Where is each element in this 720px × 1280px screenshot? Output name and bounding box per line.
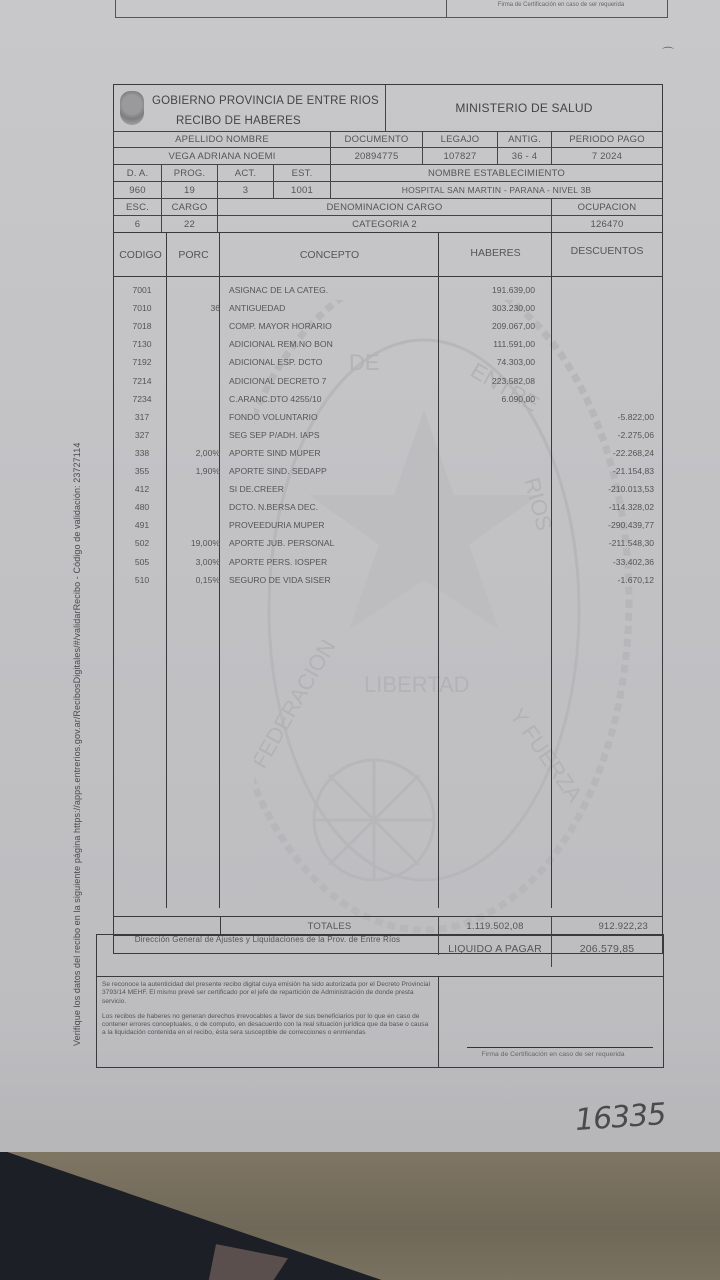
establishment-name: HOSPITAL SAN MARTIN - PARANA - NIVEL 3B (331, 182, 662, 198)
row-haberes: 191.639,00 (434, 285, 535, 295)
period-value: 7 2024 (552, 148, 662, 164)
row-code: 502 (114, 538, 170, 548)
legal-text: Se reconoce la autenticidad del presente… (97, 977, 439, 1067)
occupation-value: 126470 (552, 216, 662, 232)
table-row: 491PROVEEDURIA MUPER-290.439,77 (114, 516, 662, 534)
previous-page-footer-box: Firma de Certificación en caso de ser re… (115, 0, 668, 18)
row-code: 7001 (114, 285, 170, 295)
table-row: 3551,90%APORTE SIND. SEDAPP-21.154,83 (114, 462, 662, 480)
validation-side-note: Verifique los datos del recibo en la sig… (72, 443, 82, 1046)
position-value-row: 6 22 CATEGORIA 2 126470 (114, 216, 662, 233)
row-concept: ADICIONAL REM.NO BON (229, 339, 333, 349)
row-haberes: 303.230,00 (434, 303, 535, 313)
row-descuentos: -5.822,00 (554, 412, 654, 422)
row-descuentos: -210.013,53 (554, 484, 654, 494)
esc-label: ESC. (114, 199, 162, 215)
row-code: 327 (114, 430, 170, 440)
da-label: D. A. (114, 165, 162, 181)
signature-line (467, 1047, 653, 1048)
page-curl-mark: ⌒ (662, 44, 674, 61)
row-descuentos: -21.154,83 (554, 466, 654, 476)
row-code: 355 (114, 466, 170, 476)
row-code: 7234 (114, 394, 170, 404)
salary-receipt: DE ENTRE RIOS LIBERTAD FEDERACION Y FUER… (96, 84, 666, 1068)
row-haberes: 74.303,00 (434, 357, 535, 367)
denomination-value: CATEGORIA 2 (218, 216, 552, 232)
previous-page-remnant: Firma de Certificación en caso de ser re… (0, 0, 720, 60)
handwritten-number: 16335 (574, 1097, 667, 1138)
row-concept: ADICIONAL DECRETO 7 (229, 376, 326, 386)
antig-label: ANTIG. (498, 132, 552, 147)
row-concept: COMP. MAYOR HORARIO (229, 321, 332, 331)
row-concept: APORTE SIND MUPER (229, 448, 321, 458)
row-code: 491 (114, 520, 170, 530)
legajo-label: LEGAJO (423, 132, 498, 147)
antig-value: 36 - 4 (498, 148, 552, 164)
row-code: 7018 (114, 321, 170, 331)
signature-caption: Firma de Certificación en caso de ser re… (442, 1051, 664, 1058)
government-title: GOBIERNO PROVINCIA DE ENTRE RIOS (152, 95, 379, 107)
establishment-label: NOMBRE ESTABLECIMIENTO (331, 165, 662, 181)
column-header-descuentos: DESCUENTOS (552, 233, 662, 277)
employee-label-row: APELLIDO NOMBRE DOCUMENTO LEGAJO ANTIG. … (114, 132, 662, 148)
header-row: GOBIERNO PROVINCIA DE ENTRE RIOS RECIBO … (114, 85, 662, 132)
row-concept: PROVEEDURIA MUPER (229, 520, 325, 530)
prog-label: PROG. (162, 165, 218, 181)
legal-paragraph: Se reconoce la autenticidad del presente… (102, 981, 433, 1006)
row-haberes: 209.067,00 (434, 321, 535, 331)
cargo-value: 22 (162, 216, 218, 232)
issuer-box (96, 934, 664, 976)
act-value: 3 (218, 182, 274, 198)
row-code: 338 (114, 448, 170, 458)
row-descuentos: -114.328,02 (554, 502, 654, 512)
row-concept: ADICIONAL ESP. DCTO (229, 357, 322, 367)
row-concept: APORTE JUB. PERSONAL (229, 538, 334, 548)
name-label: APELLIDO NOMBRE (114, 132, 331, 147)
occupation-label: OCUPACION (552, 199, 662, 215)
table-row: 7192ADICIONAL ESP. DCTO74.303,00 (114, 353, 662, 371)
row-descuentos: -290.439,77 (554, 520, 654, 530)
row-percentage: 0,15% (168, 575, 220, 585)
row-haberes: 111.591,00 (434, 339, 535, 349)
est-label: EST. (274, 165, 331, 181)
row-descuentos: -211.548,30 (554, 538, 654, 548)
row-code: 480 (114, 502, 170, 512)
row-concept: FONDO VOLUNTARIO (229, 412, 318, 422)
column-header-haberes: HABERES (439, 233, 552, 277)
table-row: 5100,15%SEGURO DE VIDA SISER-1.670,12 (114, 571, 662, 589)
document-type: RECIBO DE HABERES (176, 115, 301, 127)
employee-name: VEGA ADRIANA NOEMI (114, 148, 331, 164)
row-descuentos: -1.670,12 (554, 575, 654, 585)
row-descuentos: -33.402,36 (554, 557, 654, 567)
row-code: 7010 (114, 303, 170, 313)
legajo-number: 107827 (423, 148, 498, 164)
table-row: 7001ASIGNAC DE LA CATEG.191.639,00 (114, 281, 662, 299)
row-code: 412 (114, 484, 170, 494)
column-header-codigo: CODIGO (114, 233, 167, 277)
est-value: 1001 (274, 182, 331, 198)
row-concept: ASIGNAC DE LA CATEG. (229, 285, 328, 295)
row-concept: DCTO. N.BERSA DEC. (229, 502, 318, 512)
table-row: 3382,00%APORTE SIND MUPER-22.268,24 (114, 444, 662, 462)
row-code: 7214 (114, 376, 170, 386)
row-percentage: 19,00% (168, 538, 220, 548)
row-code: 510 (114, 575, 170, 585)
document-label: DOCUMENTO (331, 132, 423, 147)
row-code: 7130 (114, 339, 170, 349)
row-haberes: 223.582,08 (434, 376, 535, 386)
row-concept: SEG SEP P/ADH. IAPS (229, 430, 320, 440)
column-header-porc: PORC (167, 233, 220, 277)
previous-signature-caption: Firma de Certificación en caso de ser re… (461, 2, 661, 8)
table-row: 317FONDO VOLUNTARIO-5.822,00 (114, 408, 662, 426)
row-concept: ANTIGUEDAD (229, 303, 285, 313)
row-code: 7192 (114, 357, 170, 367)
row-concept: C.ARANC.DTO 4255/10 (229, 394, 322, 404)
column-header-concepto: CONCEPTO (220, 233, 439, 277)
row-concept: APORTE PERS. IOSPER (229, 557, 327, 567)
document-number: 20894775 (331, 148, 423, 164)
table-row: 412SI DE.CREER-210.013,53 (114, 480, 662, 498)
employee-value-row: VEGA ADRIANA NOEMI 20894775 107827 36 - … (114, 148, 662, 165)
prog-value: 19 (162, 182, 218, 198)
row-concept: APORTE SIND. SEDAPP (229, 466, 327, 476)
row-percentage: 36 (168, 303, 220, 313)
divider (446, 0, 447, 17)
period-label: PERIODO PAGO (552, 132, 662, 147)
row-concept: SI DE.CREER (229, 484, 284, 494)
row-code: 505 (114, 557, 170, 567)
receipt-frame: DE ENTRE RIOS LIBERTAD FEDERACION Y FUER… (113, 84, 663, 954)
table-row: 480DCTO. N.BERSA DEC.-114.328,02 (114, 498, 662, 516)
table-row: 701036ANTIGUEDAD303.230,00 (114, 299, 662, 317)
row-haberes: 6.090,00 (434, 394, 535, 404)
table-row: 5053,00%APORTE PERS. IOSPER-33.402,36 (114, 553, 662, 571)
ministry-title: MINISTERIO DE SALUD (386, 85, 662, 131)
legal-notice-box: Se reconoce la autenticidad del presente… (96, 976, 664, 1068)
assignment-value-row: 960 19 3 1001 HOSPITAL SAN MARTIN - PARA… (114, 182, 662, 199)
row-code: 317 (114, 412, 170, 422)
row-percentage: 2,00% (168, 448, 220, 458)
cargo-label: CARGO (162, 199, 218, 215)
legal-paragraph: Los recibos de haberes no generan derech… (102, 1013, 433, 1038)
row-concept: SEGURO DE VIDA SISER (229, 575, 331, 585)
table-row: 7130ADICIONAL REM.NO BON111.591,00 (114, 335, 662, 353)
esc-value: 6 (114, 216, 162, 232)
concepts-table: CODIGO PORC CONCEPTO HABERES DESCUENTOS … (114, 233, 662, 908)
position-label-row: ESC. CARGO DENOMINACION CARGO OCUPACION (114, 199, 662, 216)
assignment-label-row: D. A. PROG. ACT. EST. NOMBRE ESTABLECIMI… (114, 165, 662, 182)
table-row: 7234C.ARANC.DTO 4255/106.090,00 (114, 390, 662, 408)
denomination-label: DENOMINACION CARGO (218, 199, 552, 215)
table-row: 327SEG SEP P/ADH. IAPS-2.275,06 (114, 426, 662, 444)
row-descuentos: -2.275,06 (554, 430, 654, 440)
header-left: GOBIERNO PROVINCIA DE ENTRE RIOS RECIBO … (114, 85, 386, 131)
table-row: 7214ADICIONAL DECRETO 7223.582,08 (114, 372, 662, 390)
row-descuentos: -22.268,24 (554, 448, 654, 458)
row-percentage: 1,90% (168, 466, 220, 476)
act-label: ACT. (218, 165, 274, 181)
row-percentage: 3,00% (168, 557, 220, 567)
da-value: 960 (114, 182, 162, 198)
table-row: 50219,00%APORTE JUB. PERSONAL-211.548,30 (114, 534, 662, 552)
table-row: 7018COMP. MAYOR HORARIO209.067,00 (114, 317, 662, 335)
